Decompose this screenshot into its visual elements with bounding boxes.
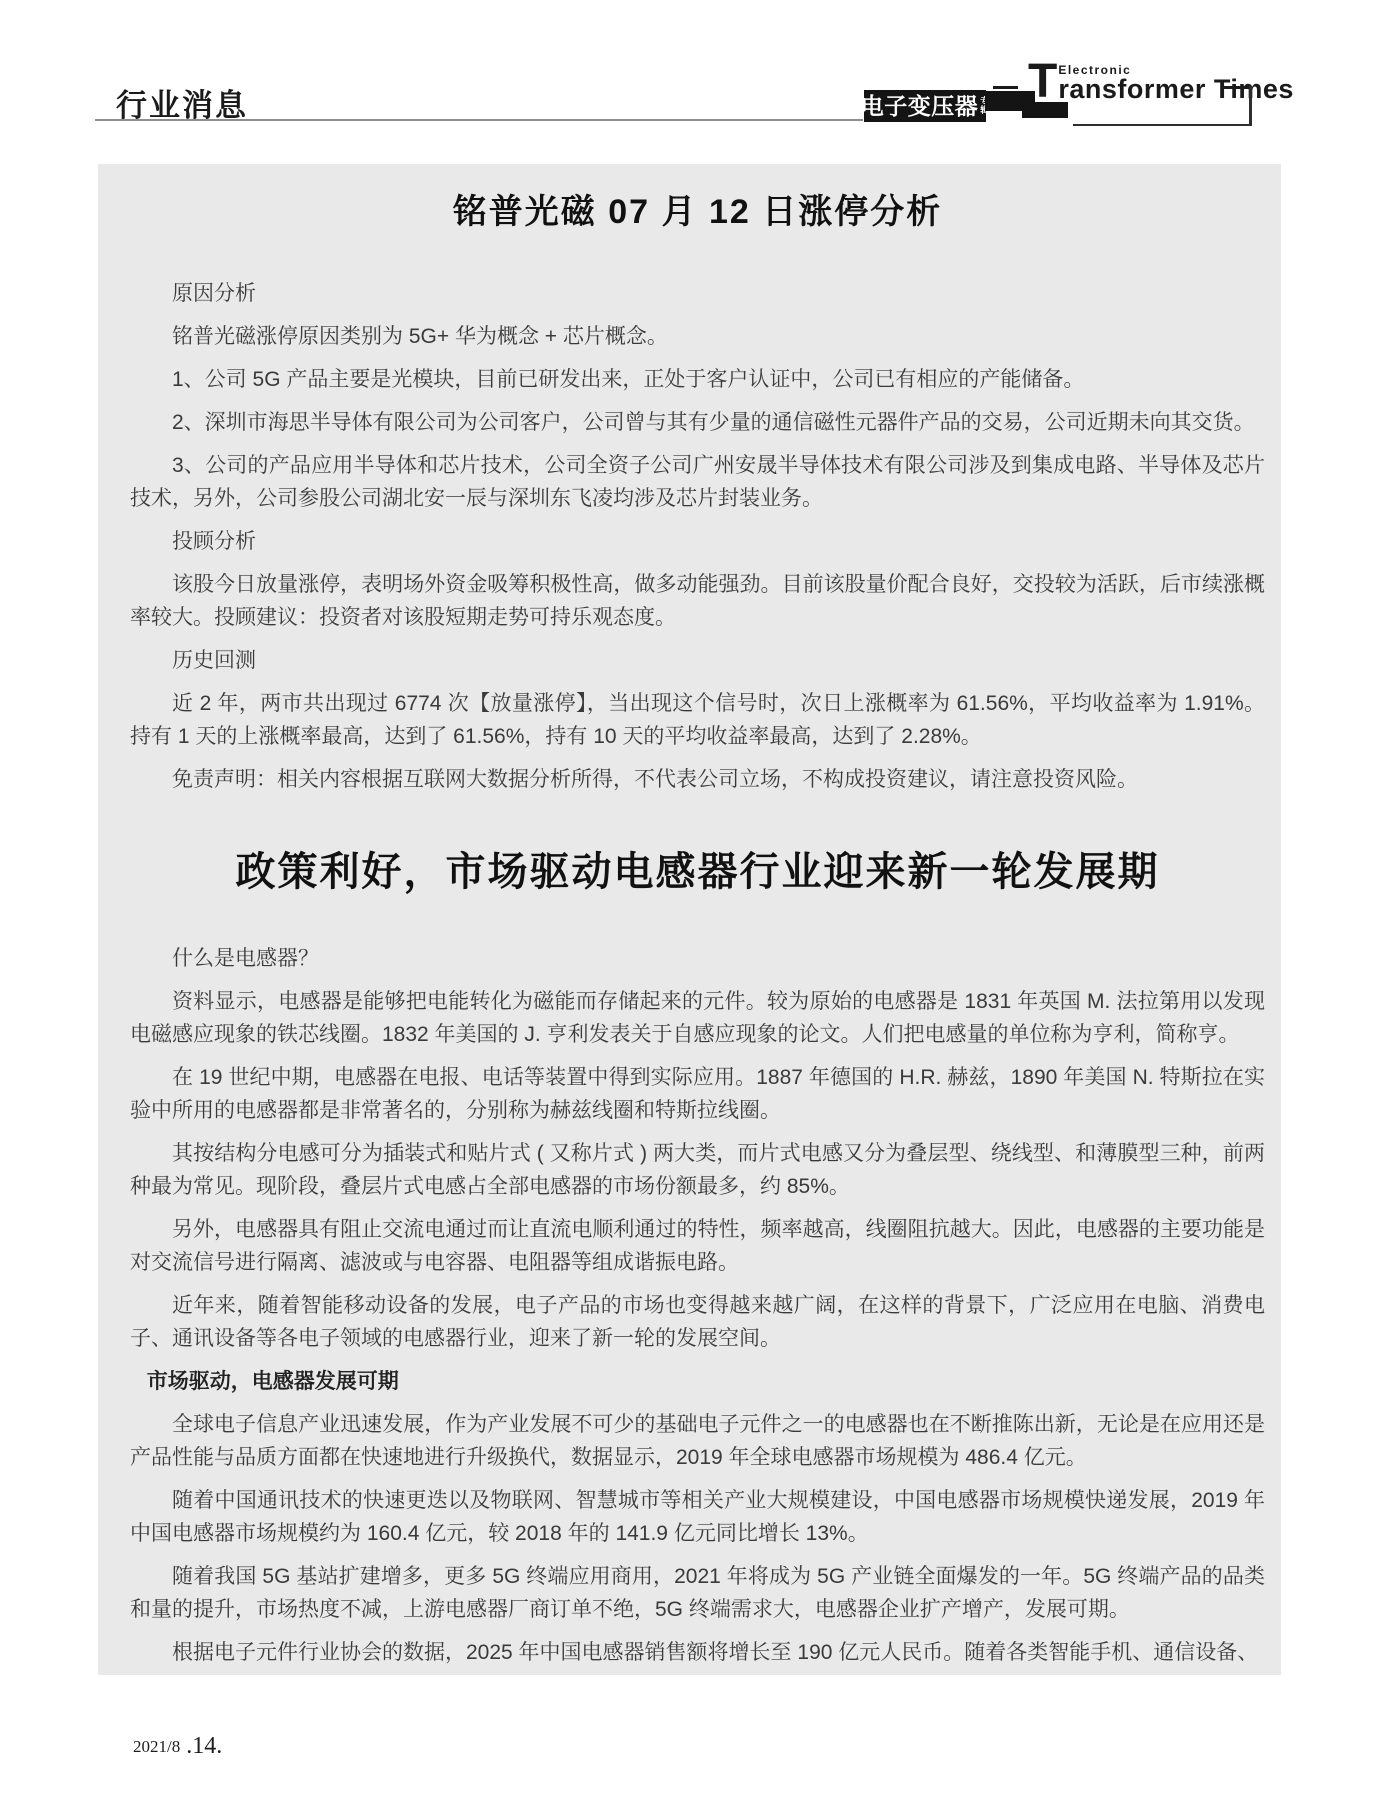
paragraph: 该股今日放量涨停，表明场外资金吸筹积极性高，做多动能强劲。目前该股量价配合良好，… bbox=[130, 568, 1265, 634]
paragraph: 其按结构分电感可分为插装式和贴片式 ( 又称片式 ) 两大类，而片式电感又分为叠… bbox=[130, 1137, 1265, 1203]
paragraph: 全球电子信息产业迅速发展，作为产业发展不可少的基础电子元件之一的电感器也在不断推… bbox=[130, 1408, 1265, 1474]
article1-body: 原因分析 铭普光磁涨停原因类别为 5G+ 华为概念 + 芯片概念。 1、公司 5… bbox=[130, 277, 1265, 796]
article1-title: 铭普光磁 07 月 12 日涨停分析 bbox=[130, 184, 1265, 233]
paragraph: 随着中国通讯技术的快速更迭以及物联网、智慧城市等相关产业大规模建设，中国电感器市… bbox=[130, 1484, 1265, 1550]
paragraph: 投顾分析 bbox=[130, 525, 1265, 558]
paragraph: 历史回测 bbox=[130, 644, 1265, 677]
magazine-page: 行业消息 电子变压器 专辑 T Electronic ransformer Ti… bbox=[0, 0, 1380, 1820]
brand-dash-right bbox=[1224, 86, 1250, 89]
page-footer: 2021/8.14. bbox=[133, 1732, 222, 1759]
header-corner-line-vertical bbox=[1249, 86, 1252, 126]
brand-logo-en-rest: ransformer Times bbox=[1058, 76, 1294, 102]
brand-logo-cn: 电子变压器 专辑 bbox=[864, 90, 986, 122]
brand-logo-en-stack: Electronic ransformer Times bbox=[1058, 62, 1294, 102]
paragraph: 随着我国 5G 基站扩建增多，更多 5G 终端应用商用，2021 年将成为 5G… bbox=[130, 1560, 1265, 1626]
header-rule bbox=[95, 119, 863, 121]
paragraph: 近年来，随着智能移动设备的发展，电子产品的市场也变得越来越广阔，在这样的背景下，… bbox=[130, 1289, 1265, 1355]
content-panel: 铭普光磁 07 月 12 日涨停分析 原因分析 铭普光磁涨停原因类别为 5G+ … bbox=[98, 164, 1281, 1675]
paragraph: 免责声明：相关内容根据互联网大数据分析所得，不代表公司立场，不构成投资建议，请注… bbox=[130, 763, 1265, 796]
paragraph: 铭普光磁涨停原因类别为 5G+ 华为概念 + 芯片概念。 bbox=[130, 320, 1265, 353]
paragraph: 1、公司 5G 产品主要是光模块，目前已研发出来，正处于客户认证中，公司已有相应… bbox=[130, 363, 1265, 396]
paragraph: 3、公司的产品应用半导体和芯片技术，公司全资子公司广州安晟半导体技术有限公司涉及… bbox=[130, 449, 1265, 515]
brand-dash-left bbox=[993, 86, 1018, 89]
brand-logo-en-initial: T bbox=[1028, 62, 1057, 102]
paragraph: 资料显示，电感器是能够把电能转化为磁能而存储起来的元件。较为原始的电感器是 18… bbox=[130, 985, 1265, 1051]
article2-body: 什么是电感器？ 资料显示，电感器是能够把电能转化为磁能而存储起来的元件。较为原始… bbox=[130, 942, 1265, 1669]
paragraph: 市场驱动，电感器发展可期 bbox=[130, 1365, 1265, 1398]
header-corner-line-horizontal bbox=[1073, 124, 1252, 126]
paragraph: 在 19 世纪中期，电感器在电报、电话等装置中得到实际应用。1887 年德国的 … bbox=[130, 1061, 1265, 1127]
paragraph: 2、深圳市海思半导体有限公司为公司客户，公司曾与其有少量的通信磁性元器件产品的交… bbox=[130, 406, 1265, 439]
page-number: .14. bbox=[186, 1733, 222, 1760]
paragraph: 近 2 年，两市共出现过 6774 次【放量涨停】，当出现这个信号时，次日上涨概… bbox=[130, 687, 1265, 753]
paragraph: 原因分析 bbox=[130, 277, 1265, 310]
paragraph: 根据电子元件行业协会的数据，2025 年中国电感器销售额将增长至 190 亿元人… bbox=[130, 1636, 1265, 1669]
brand-logo-cn-text: 电子变压器 bbox=[861, 95, 979, 118]
brand-logo-en: T Electronic ransformer Times bbox=[1028, 62, 1294, 102]
paragraph: 什么是电感器？ bbox=[130, 942, 1265, 975]
issue-label: 2021/8 bbox=[133, 1737, 180, 1756]
paragraph: 另外，电感器具有阻止交流电通过而让直流电顺利通过的特性，频率越高，线圈阻抗越大。… bbox=[130, 1213, 1265, 1279]
article2-title: 政策利好，市场驱动电感器行业迎来新一轮发展期 bbox=[130, 846, 1265, 898]
